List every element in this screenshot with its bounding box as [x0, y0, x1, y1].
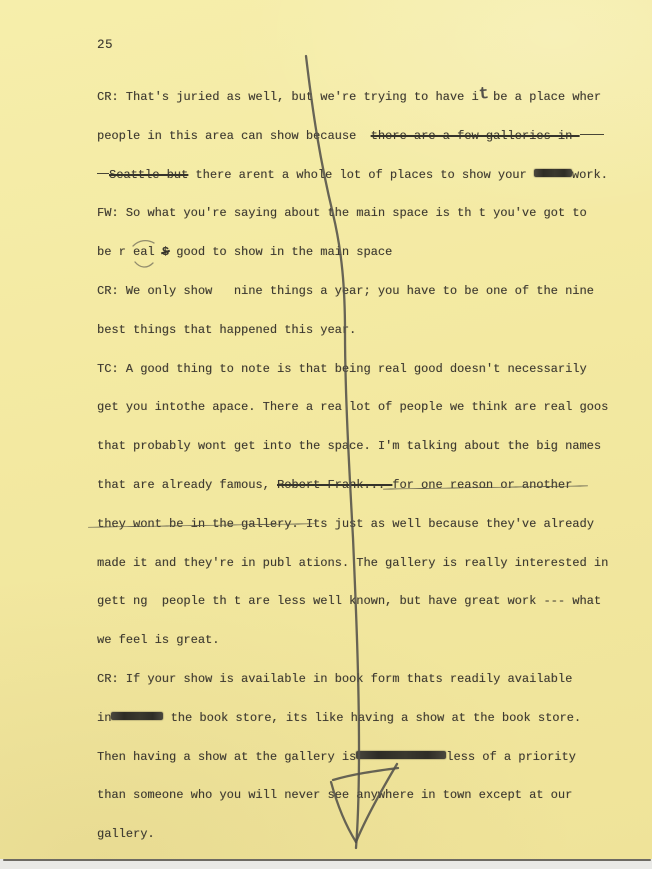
- document-line: CR: If your show is available in book fo…: [97, 660, 627, 699]
- text-segment: CR: That's juried as well, but we're try…: [97, 90, 479, 104]
- struck-text: Seattle but: [109, 168, 188, 182]
- text-segment: that probably wont get into the space. I…: [97, 439, 601, 453]
- text-segment: Then having a show at the gallery is: [97, 750, 356, 764]
- document-line: we feel is great.: [97, 621, 627, 660]
- text-segment: CR: We only show nine things a year; you…: [97, 284, 594, 298]
- document-line: best things that happened this year.: [97, 311, 627, 350]
- document-line: they wont be in the gallery. Its just as…: [97, 505, 627, 544]
- text-segment: than someone who you will never see anyw…: [97, 788, 572, 802]
- document-line: made it and they're in publ ations. The …: [97, 544, 627, 583]
- text-segment: best things that happened this year.: [97, 323, 356, 337]
- text-segment: FW: So what you're saying about the main…: [97, 206, 587, 220]
- struck-text: Robert Frank...: [277, 478, 392, 492]
- overstruck-character: $: [162, 233, 169, 272]
- text-segment: gallery.: [97, 827, 155, 841]
- text-segment: less of a priority: [446, 750, 576, 764]
- text-segment: be r eal: [97, 245, 162, 259]
- document-line: gallery.: [97, 815, 627, 854]
- document-line: CR: That's juried as well, but we're try…: [97, 78, 627, 117]
- document-line: be r eal $ good to show in the main spac…: [97, 233, 627, 272]
- page-number: 25: [97, 38, 113, 52]
- text-segment: get you intothe apace. There a rea lot o…: [97, 400, 608, 414]
- document-line: FW: So what you're saying about the main…: [97, 194, 627, 233]
- pen-struck-text: for one reason or another: [392, 466, 572, 505]
- text-segment: gett ng people th t are less well known,…: [97, 594, 601, 608]
- text-segment: CR: If your show is available in book fo…: [97, 672, 572, 686]
- document-line: CR: We only show nine things a year; you…: [97, 272, 627, 311]
- document-line: that probably wont get into the space. I…: [97, 427, 627, 466]
- redacted-text: [111, 712, 163, 720]
- text-segment: the book store, its like having a show a…: [163, 711, 581, 725]
- scanned-document: { "page": { "number": "25", "paper_color…: [0, 0, 652, 869]
- text-segment: Its just as well because they've already: [299, 517, 594, 531]
- document-line: gett ng people th t are less well known,…: [97, 582, 627, 621]
- document-line: in the book store, its like having a sho…: [97, 699, 627, 738]
- paper-bottom-edge: [3, 859, 651, 861]
- text-segment: that are already famous,: [97, 478, 277, 492]
- struck-text: there are a few galleries in: [371, 129, 580, 143]
- redacted-text: [356, 751, 446, 759]
- text-segment: in: [97, 711, 111, 725]
- document-line: people in this area can show because the…: [97, 117, 627, 156]
- handwritten-t-mark: t: [477, 76, 488, 115]
- document-line: that are already famous, Robert Frank...…: [97, 466, 627, 505]
- document-line: Then having a show at the gallery isless…: [97, 738, 627, 777]
- text-segment: there arent a whole lot of places to sho…: [188, 168, 534, 182]
- document-line: Seattle but there arent a whole lot of p…: [97, 156, 627, 195]
- redacted-text: [534, 169, 572, 177]
- text-segment: made it and they're in publ ations. The …: [97, 556, 608, 570]
- text-segment: good to show in the main space: [169, 245, 392, 259]
- text-segment: TC: A good thing to note is that being r…: [97, 362, 587, 376]
- text-segment: work.: [572, 168, 608, 182]
- text-segment: be a place wher: [486, 90, 601, 104]
- document-line: TC: A good thing to note is that being r…: [97, 350, 627, 389]
- document-text: CR: That's juried as well, but we're try…: [97, 78, 627, 854]
- strike-tail: [580, 134, 604, 135]
- pen-struck-text: they wont be in the gallery.: [97, 505, 299, 544]
- document-line: than someone who you will never see anyw…: [97, 776, 627, 815]
- strike-tail: [97, 173, 109, 174]
- text-segment: we feel is great.: [97, 633, 219, 647]
- document-line: get you intothe apace. There a rea lot o…: [97, 388, 627, 427]
- text-segment: people in this area can show because: [97, 129, 371, 143]
